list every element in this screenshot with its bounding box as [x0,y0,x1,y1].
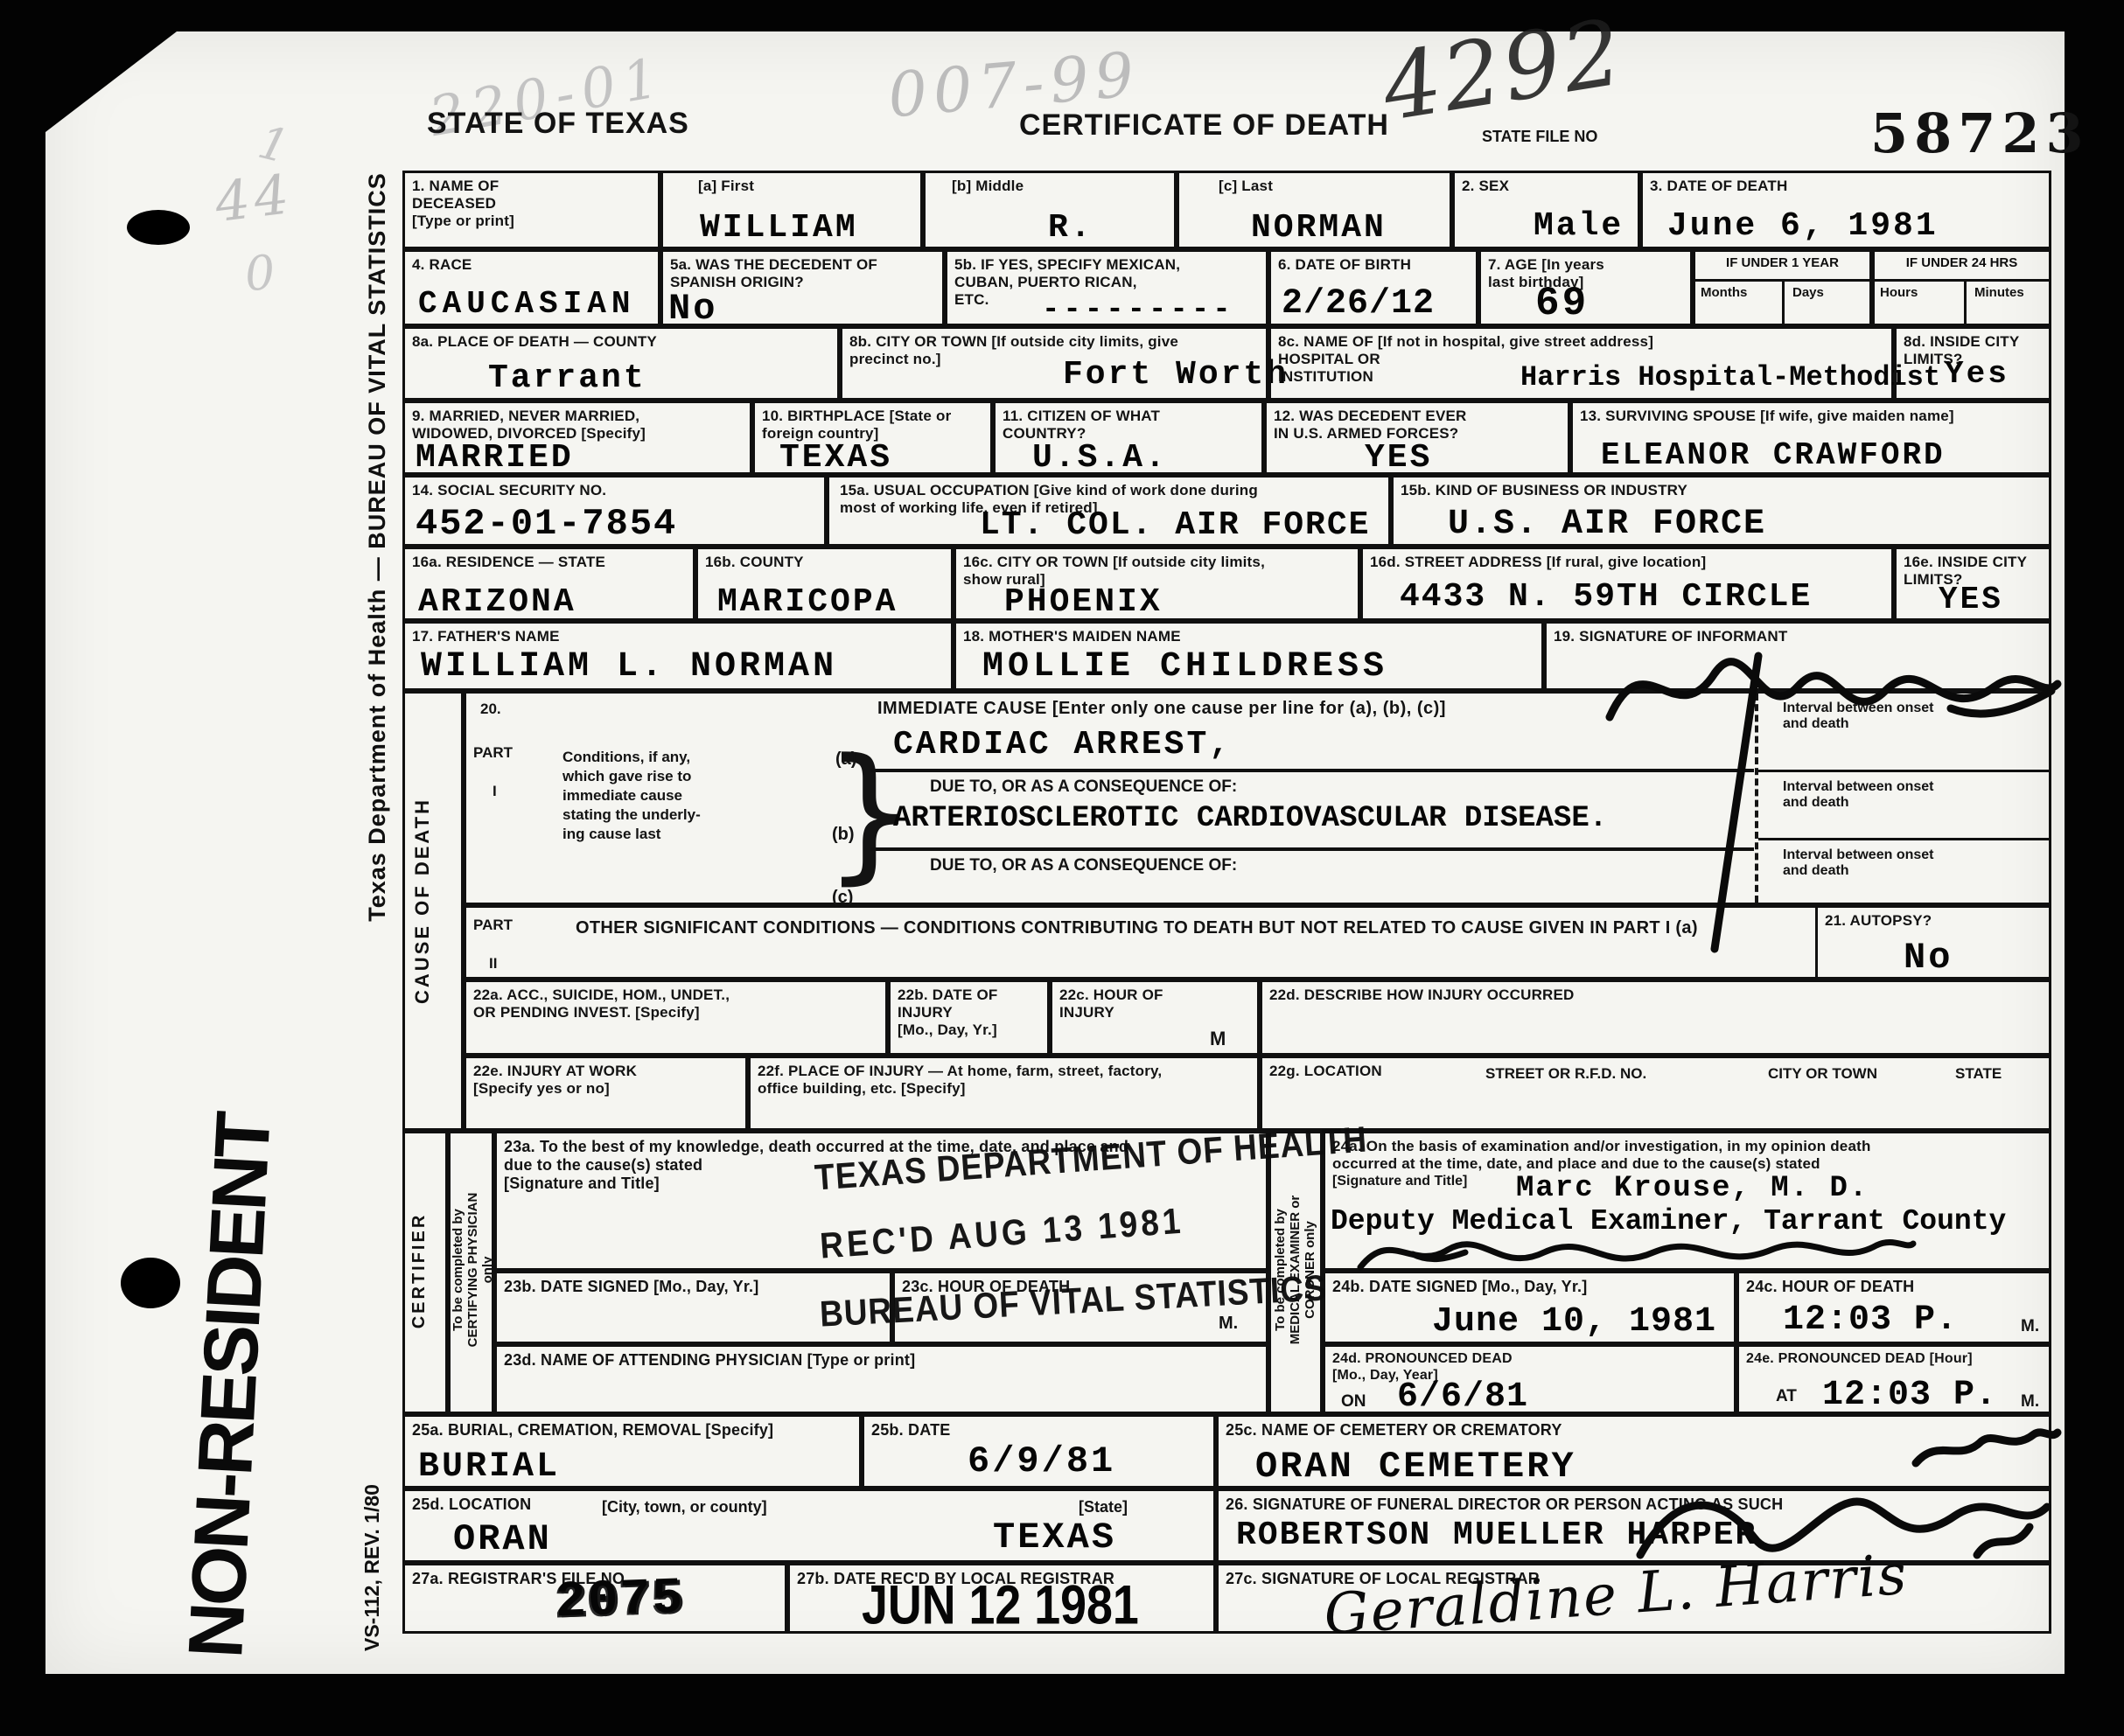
field-if-under-1-year: IF UNDER 1 YEAR Months Days [1693,249,1872,326]
field-last-name: [c] Last NORMAN [1177,171,1452,249]
scanned-death-certificate: Texas Department of Health — BUREAU OF V… [0,0,2124,1736]
field-residence-state: 16a. RESIDENCE — STATE ARIZONA [402,547,695,621]
field-if-under-24-hrs: IF UNDER 24 HRS Hours Minutes [1872,249,2051,326]
field-how-injury-occurred: 22d. DESCRIBE HOW INJURY OCCURRED [1260,980,2051,1056]
field-residence-city: 16c. CITY OR TOWN [If outside city limit… [954,547,1360,621]
form-number-vertical: VS-112, REV. 1/80 [360,1349,384,1651]
field-inside-city-limits-death: 8d. INSIDE CITY LIMITS? Yes [1894,326,2051,401]
pencil-annotation: 0 [243,249,277,299]
pencil-annotation: 44 [213,167,297,230]
disposition-date-value: 6/9/81 [968,1443,1115,1480]
location-state-value: TEXAS [993,1519,1116,1556]
field-date-of-injury: 22b. DATE OF INJURY [Mo., Day, Yr.] [888,980,1050,1056]
minutes-subcell: Minutes [1969,282,2049,324]
disposition-value: BURIAL [418,1450,560,1485]
cemetery-value: ORAN CEMETERY [1255,1448,1576,1485]
state-file-number: 58723 [1870,101,2090,165]
field-pronounced-dead-date: 24d. PRONOUNCED DEAD [Mo., Day, Year] ON… [1323,1344,1736,1414]
hour-of-death-value: 12:03 P. [1783,1303,1958,1338]
certifying-physician-vertical-label: To be completed by CERTIFYING PHYSICIAN … [451,1132,495,1408]
cause-a-value: CARDIAC ARREST, [893,729,1232,762]
pronounced-dead-hour-value: 12:03 P. [1822,1378,1997,1413]
date-of-birth-value: 2/26/12 [1282,287,1435,322]
field-hour-of-injury: 22c. HOUR OF INJURY M [1050,980,1260,1056]
hospital-value: Harris Hospital-Methodist [1520,364,1940,392]
field-surviving-spouse: 13. SURVIVING SPOUSE [If wife, give maid… [1570,401,2051,475]
field-middle-name: [b] Middle R. [923,171,1177,249]
field-city-of-death: 8b. CITY OR TOWN [If outside city limits… [840,326,1268,401]
state-heading: STATE OF TEXAS [427,107,689,141]
field-registrar-file-no: 27a. REGISTRAR'S FILE NO. 2075 [402,1563,787,1634]
spanish-origin-value: No [668,290,717,327]
informant-signature [1575,603,2065,971]
field-spanish-origin-specify: 5b. IF YES, SPECIFY MEXICAN, CUBAN, PUER… [945,249,1268,326]
date-received-value: JUN 12 1981 [862,1578,1139,1633]
field-injury-location: 22g. LOCATION STREET OR R.F.D. NO. CITY … [1260,1056,2051,1131]
cause-b-value: ARTERIOSCLEROTIC CARDIOVASCULAR DISEASE. [893,804,1607,833]
field-examiner-date-signed: 24b. DATE SIGNED [Mo., Day, Yr.] June 10… [1323,1271,1736,1344]
field-name-of-deceased: 1. NAME OF DECEASED [Type or print] [402,171,660,249]
certifier-vertical-label: CERTIFIER [409,1135,430,1406]
residence-state-value: ARIZONA [418,586,576,619]
field-disposition-location: 25d. LOCATION [City, town, or county] OR… [402,1488,1216,1563]
field-mothers-maiden-name: 18. MOTHER'S MAIDEN NAME MOLLIE CHILDRES… [954,621,1544,691]
pronounced-dead-date-value: 6/6/81 [1397,1380,1528,1415]
pronounced-meridiem: M. [2021,1392,2039,1412]
cause-of-death-vertical-label: CAUSE OF DEATH [411,713,434,1089]
inside-city-limits-death-value: Yes [1945,359,2009,390]
field-age: 7. AGE [In years last birthday] 69 [1478,249,1693,326]
field-hospital-name: 8c. NAME OF [If not in hospital, give st… [1268,326,1894,401]
residence-city-value: PHOENIX [1004,586,1163,619]
hole-punch [121,1258,180,1308]
ssn-value: 452-01-7854 [416,505,677,542]
registrar-file-no-value: 2075 [555,1573,685,1628]
sex-value: Male [1534,210,1624,243]
field-manner-of-death: 22a. ACC., SUICIDE, HOM., UNDET., OR PEN… [464,980,888,1056]
field-birthplace: 10. BIRTHPLACE [State or foreign country… [752,401,993,475]
injury-meridiem: M [1210,1028,1226,1050]
age-value: 69 [1535,283,1589,324]
marital-status-value: MARRIED [416,442,574,475]
surviving-spouse-value: ELEANOR CRAWFORD [1601,440,1946,471]
field-race: 4. RACE CAUCASIAN [402,249,660,326]
occupation-value: LT. COL. AIR FORCE [980,509,1370,542]
field-hour-of-death: 24c. HOUR OF DEATH 12:03 P. M. [1736,1271,2051,1344]
immediate-cause-header: IMMEDIATE CAUSE [Enter only one cause pe… [877,699,1446,719]
field-date-of-birth: 6. DATE OF BIRTH 2/26/12 [1268,249,1478,326]
field-citizenship: 11. CITIZEN OF WHAT COUNTRY? U.S.A. [993,401,1264,475]
field-date-of-death: 3. DATE OF DEATH June 6, 1981 [1640,171,2051,249]
field-armed-forces: 12. WAS DECEDENT EVER IN U.S. ARMED FORC… [1264,401,1570,475]
field-ssn: 14. SOCIAL SECURITY NO. 452-01-7854 [402,475,827,547]
field-disposition-date: 25b. DATE 6/9/81 [862,1414,1216,1488]
location-city-value: ORAN [453,1521,552,1558]
date-of-death-value: June 6, 1981 [1667,210,1939,243]
hours-subcell: Hours [1875,282,1967,324]
conditions-note: Conditions, if any, which gave rise to i… [562,748,701,844]
armed-forces-value: YES [1365,442,1432,475]
field-fathers-name: 17. FATHER'S NAME WILLIAM L. NORMAN [402,621,954,691]
field-disposition: 25a. BURIAL, CREMATION, REMOVAL [Specify… [402,1414,862,1488]
hour-of-death-meridiem: M. [2021,1317,2039,1336]
specify-dashes-value: --------- [1042,296,1234,325]
bureau-vertical-label: Texas Department of Health — BUREAU OF V… [364,169,391,925]
days-subcell: Days [1787,282,1869,324]
hour-meridiem: M. [1219,1314,1238,1334]
months-subcell: Months [1695,282,1785,324]
examiner-name-value: Marc Krouse, M. D. [1516,1174,1869,1203]
field-usual-occupation: 15a. USUAL OCCUPATION [Give kind of work… [827,475,1391,547]
county-of-death-value: Tarrant [488,362,646,395]
field-residence-county: 16b. COUNTY MARICOPA [695,547,954,621]
first-name-value: WILLIAM [700,212,858,245]
field-examiner-certification: 24a. On the basis of examination and/or … [1323,1131,2051,1271]
middle-name-value: R. [1048,212,1093,245]
field-sex: 2. SEX Male [1452,171,1640,249]
residence-county-value: MARICOPA [717,586,898,619]
part2-text: OTHER SIGNIFICANT CONDITIONS — CONDITION… [576,918,1698,938]
field-attending-physician: 23d. NAME OF ATTENDING PHYSICIAN [Type o… [494,1344,1268,1414]
field-place-of-death-county: 8a. PLACE OF DEATH — COUNTY Tarrant [402,326,840,401]
citizenship-value: U.S.A. [1032,442,1168,475]
field-pronounced-dead-hour: 24e. PRONOUNCED DEAD [Hour] AT 12:03 P. … [1736,1344,2051,1414]
last-name-value: NORMAN [1251,212,1387,245]
race-value: CAUCASIAN [418,289,635,320]
field-place-of-injury: 22f. PLACE OF INJURY — At home, farm, st… [748,1056,1260,1131]
examiner-date-signed-value: June 10, 1981 [1432,1305,1716,1340]
mothers-maiden-name-value: MOLLIE CHILDRESS [982,650,1388,685]
field-spanish-origin: 5a. WAS THE DECEDENT OF SPANISH ORIGIN? … [660,249,945,326]
city-of-death-value: Fort Worth [1063,359,1289,392]
field-marital-status: 9. MARRIED, NEVER MARRIED, WIDOWED, DIVO… [402,401,752,475]
field-injury-at-work: 22e. INJURY AT WORK [Specify yes or no] [464,1056,748,1131]
field-first-name: [a] First WILLIAM [660,171,923,249]
field-business-industry: 15b. KIND OF BUSINESS OR INDUSTRY U.S. A… [1391,475,2051,547]
birthplace-value: TEXAS [779,442,892,475]
field-date-received-registrar: 27b. DATE REC'D BY LOCAL REGISTRAR JUN 1… [787,1563,1216,1634]
hole-punch [127,210,190,245]
certificate-title: CERTIFICATE OF DEATH [1019,108,1389,143]
state-file-no-label: STATE FILE NO [1482,128,1597,146]
fathers-name-value: WILLIAM L. NORMAN [421,650,837,685]
industry-value: U.S. AIR FORCE [1448,507,1766,542]
